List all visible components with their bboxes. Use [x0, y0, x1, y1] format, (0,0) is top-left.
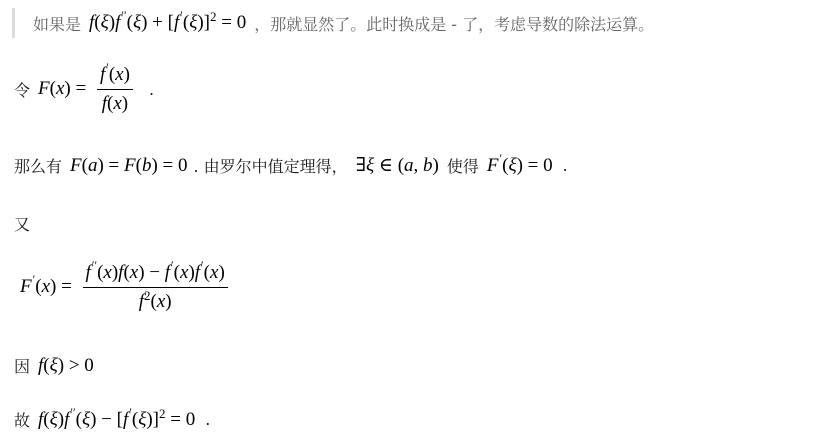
also-line: 又: [14, 212, 30, 235]
blockquote: 如果是 f(ξ)f′′(ξ) + [f′(ξ)]2 = 0 ，那就显然了。此时换…: [12, 8, 654, 38]
rolle-formula-1: F(a) = F(b) = 0: [70, 155, 187, 177]
definition-formula: F(x) = f′(x) f(x): [38, 64, 139, 115]
rolle-lead: 那么有: [14, 154, 62, 177]
because-formula: f(ξ) > 0: [38, 355, 94, 377]
blockquote-formula: f(ξ)f′′(ξ) + [f′(ξ)]2 = 0: [89, 12, 246, 34]
blockquote-lead: 如果是: [33, 12, 81, 35]
rolle-middle-2: 使得: [447, 154, 479, 177]
conclusion-line: 故 f(ξ)f′′(ξ) − [f′(ξ)]2 = 0 .: [14, 408, 210, 431]
rolle-formula-2: ∃ξ ∈ (a, b): [356, 154, 439, 177]
definition-lead: 令: [14, 78, 30, 101]
because-line: 因 f(ξ) > 0: [14, 354, 94, 377]
because-lead: 因: [14, 354, 30, 377]
conclusion-formula: f(ξ)f′′(ξ) − [f′(ξ)]2 = 0: [38, 409, 195, 431]
rolle-line: 那么有 F(a) = F(b) = 0 . 由罗尔中值定理得， ∃ξ ∈ (a,…: [14, 154, 568, 177]
derivative-display: F′(x) = f′′(x)f(x) − f′(x)f′(x) f2(x): [20, 262, 234, 313]
derivative-formula: F′(x) = f′′(x)f(x) − f′(x)f′(x) f2(x): [20, 262, 234, 313]
also-lead: 又: [14, 212, 30, 235]
rolle-middle: . 由罗尔中值定理得，: [193, 154, 347, 177]
derivative-fraction: f′′(x)f(x) − f′(x)f′(x) f2(x): [83, 262, 228, 313]
definition-line: 令 F(x) = f′(x) f(x) .: [14, 64, 154, 115]
rolle-formula-3: F′(ξ) = 0: [487, 155, 553, 177]
conclusion-lead: 故: [14, 408, 30, 431]
blockquote-trail: ，那就显然了。此时换成是 - 了，考虑导数的除法运算。: [254, 12, 654, 35]
fraction: f′(x) f(x): [97, 64, 133, 115]
